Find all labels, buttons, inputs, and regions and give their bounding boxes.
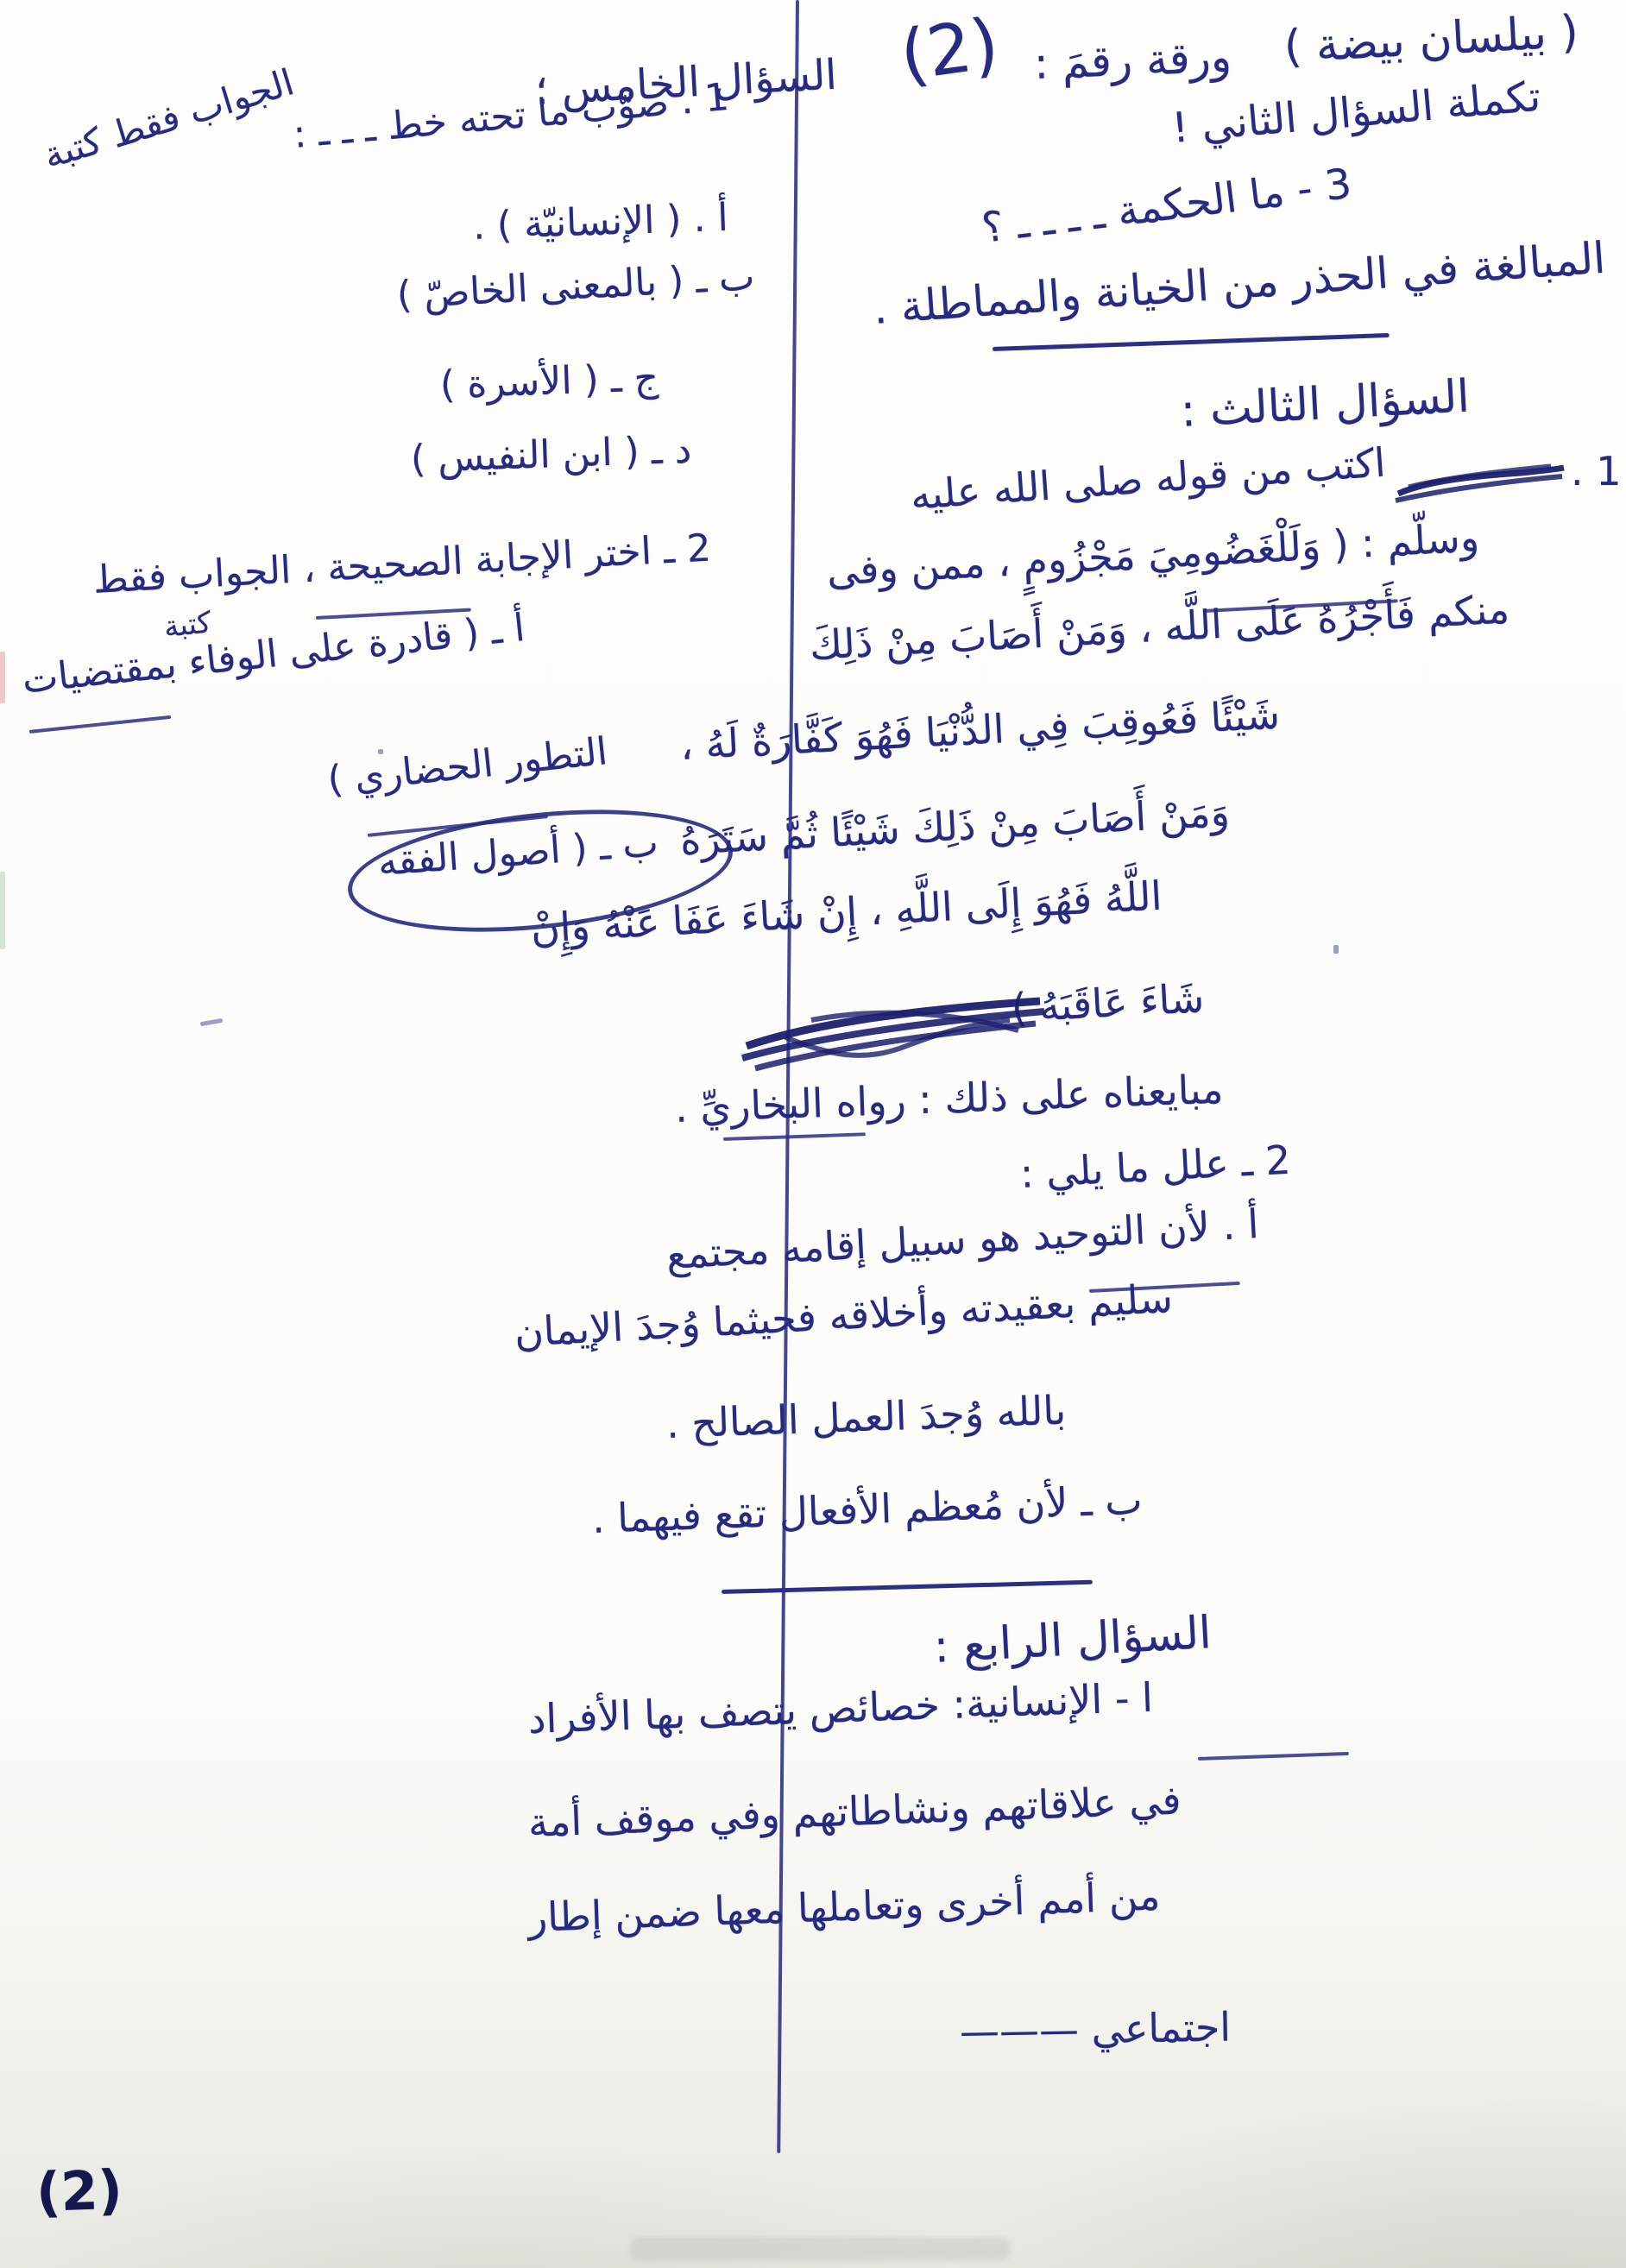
reason-b-line: ب ـ لأن مُعظم الأفعال تقع فيهما . [591,1477,1143,1542]
scan-edge-artifact [0,652,5,703]
hadith-line: منكم فَأَجْرُهُ عَلَى اللَّه ، وَمَنْ أَ… [809,587,1511,669]
question-5-answer-d: د ـ ( ابن النفيس ) [410,429,692,482]
question-5-choice-a-line: التطور الحضاري ) [325,730,609,803]
question-4-answer-line: في علاقاتهم ونشاطاتهم وفي موقف أمة [527,1778,1182,1846]
underline-mark [1198,1752,1349,1761]
question-3-item-2: 2 ـ علل ما يلي : [1019,1137,1292,1197]
ink-speck [378,749,383,754]
ink-speck [1333,945,1339,954]
student-name-paren: ( بيلسان بيضة ) [1283,7,1579,74]
hadith-line: وَمَنْ أَصَابَ مِنْ ذَلِكَ شَيْئًا ثُمَّ… [679,790,1231,864]
question-5-choice-a-line: أ ـ ( قادرة على الوفاء بمقتضيات [20,607,526,702]
reason-a-line: سليم بعقيدته وأخلاقه فحيثما وُجدَ الإيما… [514,1276,1174,1356]
margin-note: الجواب فقط كتبة [39,61,299,177]
scan-edge-artifact [0,872,5,949]
hadith-line: وسلّم : ( وَلَلْغَضُومِيَ مَجْزُومٍ ، مم… [826,514,1480,594]
question-2-answer: المبالغة في الحذر من الخيانة والمماطلة . [872,234,1607,335]
question-4-answer-line: ا - الإنسانية: خصائص يتصف بها الأفراد [527,1675,1154,1742]
underline-mark [29,715,172,734]
scan-smudge [630,2237,1010,2261]
question-5-answer-a: أ . ( الإنسانيّة ) . [472,197,728,249]
sheet-label: ورقة رقمَ : [1033,33,1232,89]
section-divider-rule [993,333,1390,351]
question-2-item-3: 3 - ما الحكمة ـ ـ ـ ـ ؟ [980,161,1354,253]
question-3-heading: السؤال الثالث : [1179,372,1471,438]
section-divider-rule [722,1580,1093,1594]
reason-a-line: أ . لأن التوحيد هو سبيل إقامه مجتمع [665,1201,1260,1278]
reason-a-line: بالله وُجدَ العمل الصالح . [665,1388,1067,1447]
question-5-item-2: 2 ـ اختر الإجابة الصحيحة ، الجواب فقط [92,527,712,603]
question-4-answer-line: من أمم أخرى وتعاملها معها ضمن إطار [527,1873,1161,1940]
question-5-item-1: 1 . صوّب ما تحته خط ـ ـ ـ : [292,76,731,158]
question-3-item-1-number: 1 . [1571,449,1622,495]
scribble-strikeout-small [1391,457,1568,509]
scanned-exam-page: ( بيلسان بيضة ) ورقة رقمَ : (2) تكملة ال… [0,0,1626,2268]
hadith-line: شَيْئًا فَعُوقِبَ فِي الدُّنْيَا فَهُوَ … [679,692,1282,769]
question-2-continuation-heading: تكملة السؤال الثاني ! [1170,73,1543,153]
question-5-answer-c: ج ـ ( الأسرة ) [439,356,659,407]
ink-speck [200,1018,223,1026]
question-5-answer-b: ب ـ ( بالمعنى الخاصّ ) [396,255,756,318]
page-number: (2) [35,2159,123,2224]
sheet-number: (2) [896,4,1004,97]
question-4-answer-line: اجتماعي ——— [960,2005,1232,2055]
question-4-heading: السؤال الرابع : [932,1608,1213,1674]
underline-mark [723,1132,866,1141]
question-3-item-1-text: اكتب من قوله صلى الله عليه [909,440,1387,519]
